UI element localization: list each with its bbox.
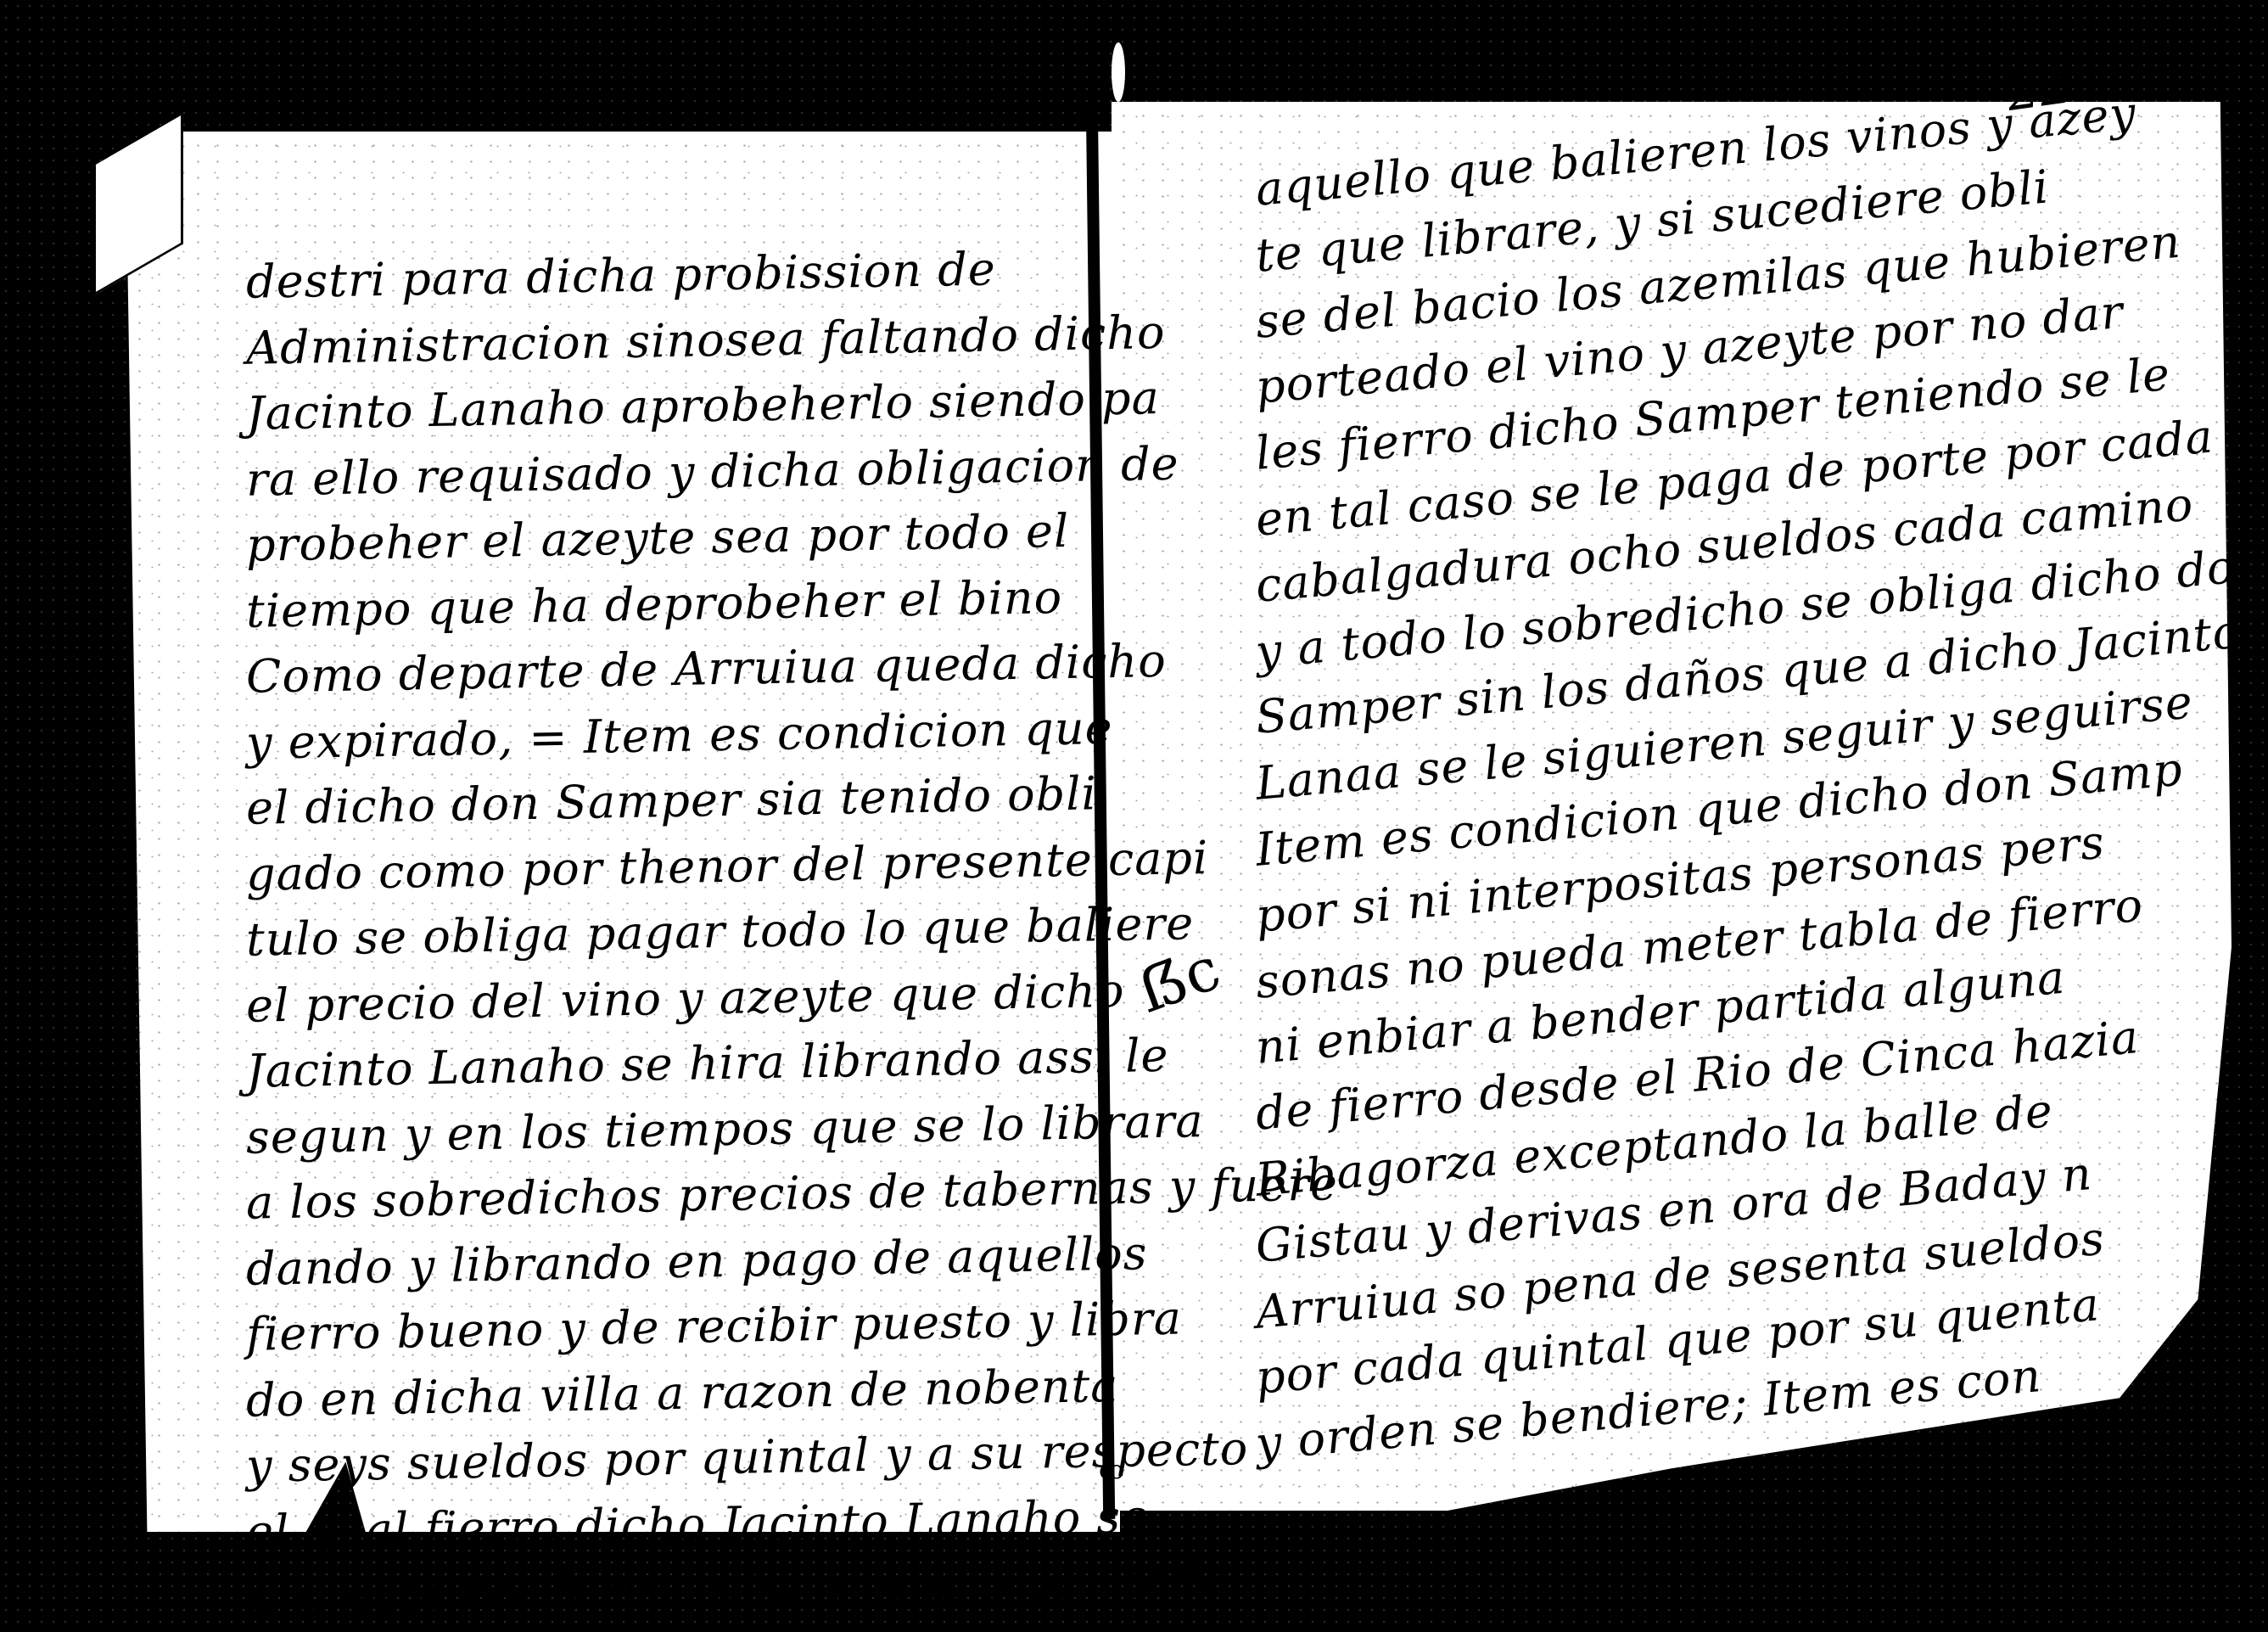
left-page-text: destri para dicha probission de Administ… bbox=[246, 242, 1103, 1624]
binding-thread-top bbox=[1112, 42, 1125, 102]
manuscript-spread: ẞc ꝏ 22 destri para dicha probission de … bbox=[0, 0, 2268, 1632]
text-line: promete recibir en dicho precio por todo bbox=[245, 1550, 1103, 1630]
right-page-text: aquello que balieren los vinos y azey te… bbox=[1256, 157, 2215, 1478]
